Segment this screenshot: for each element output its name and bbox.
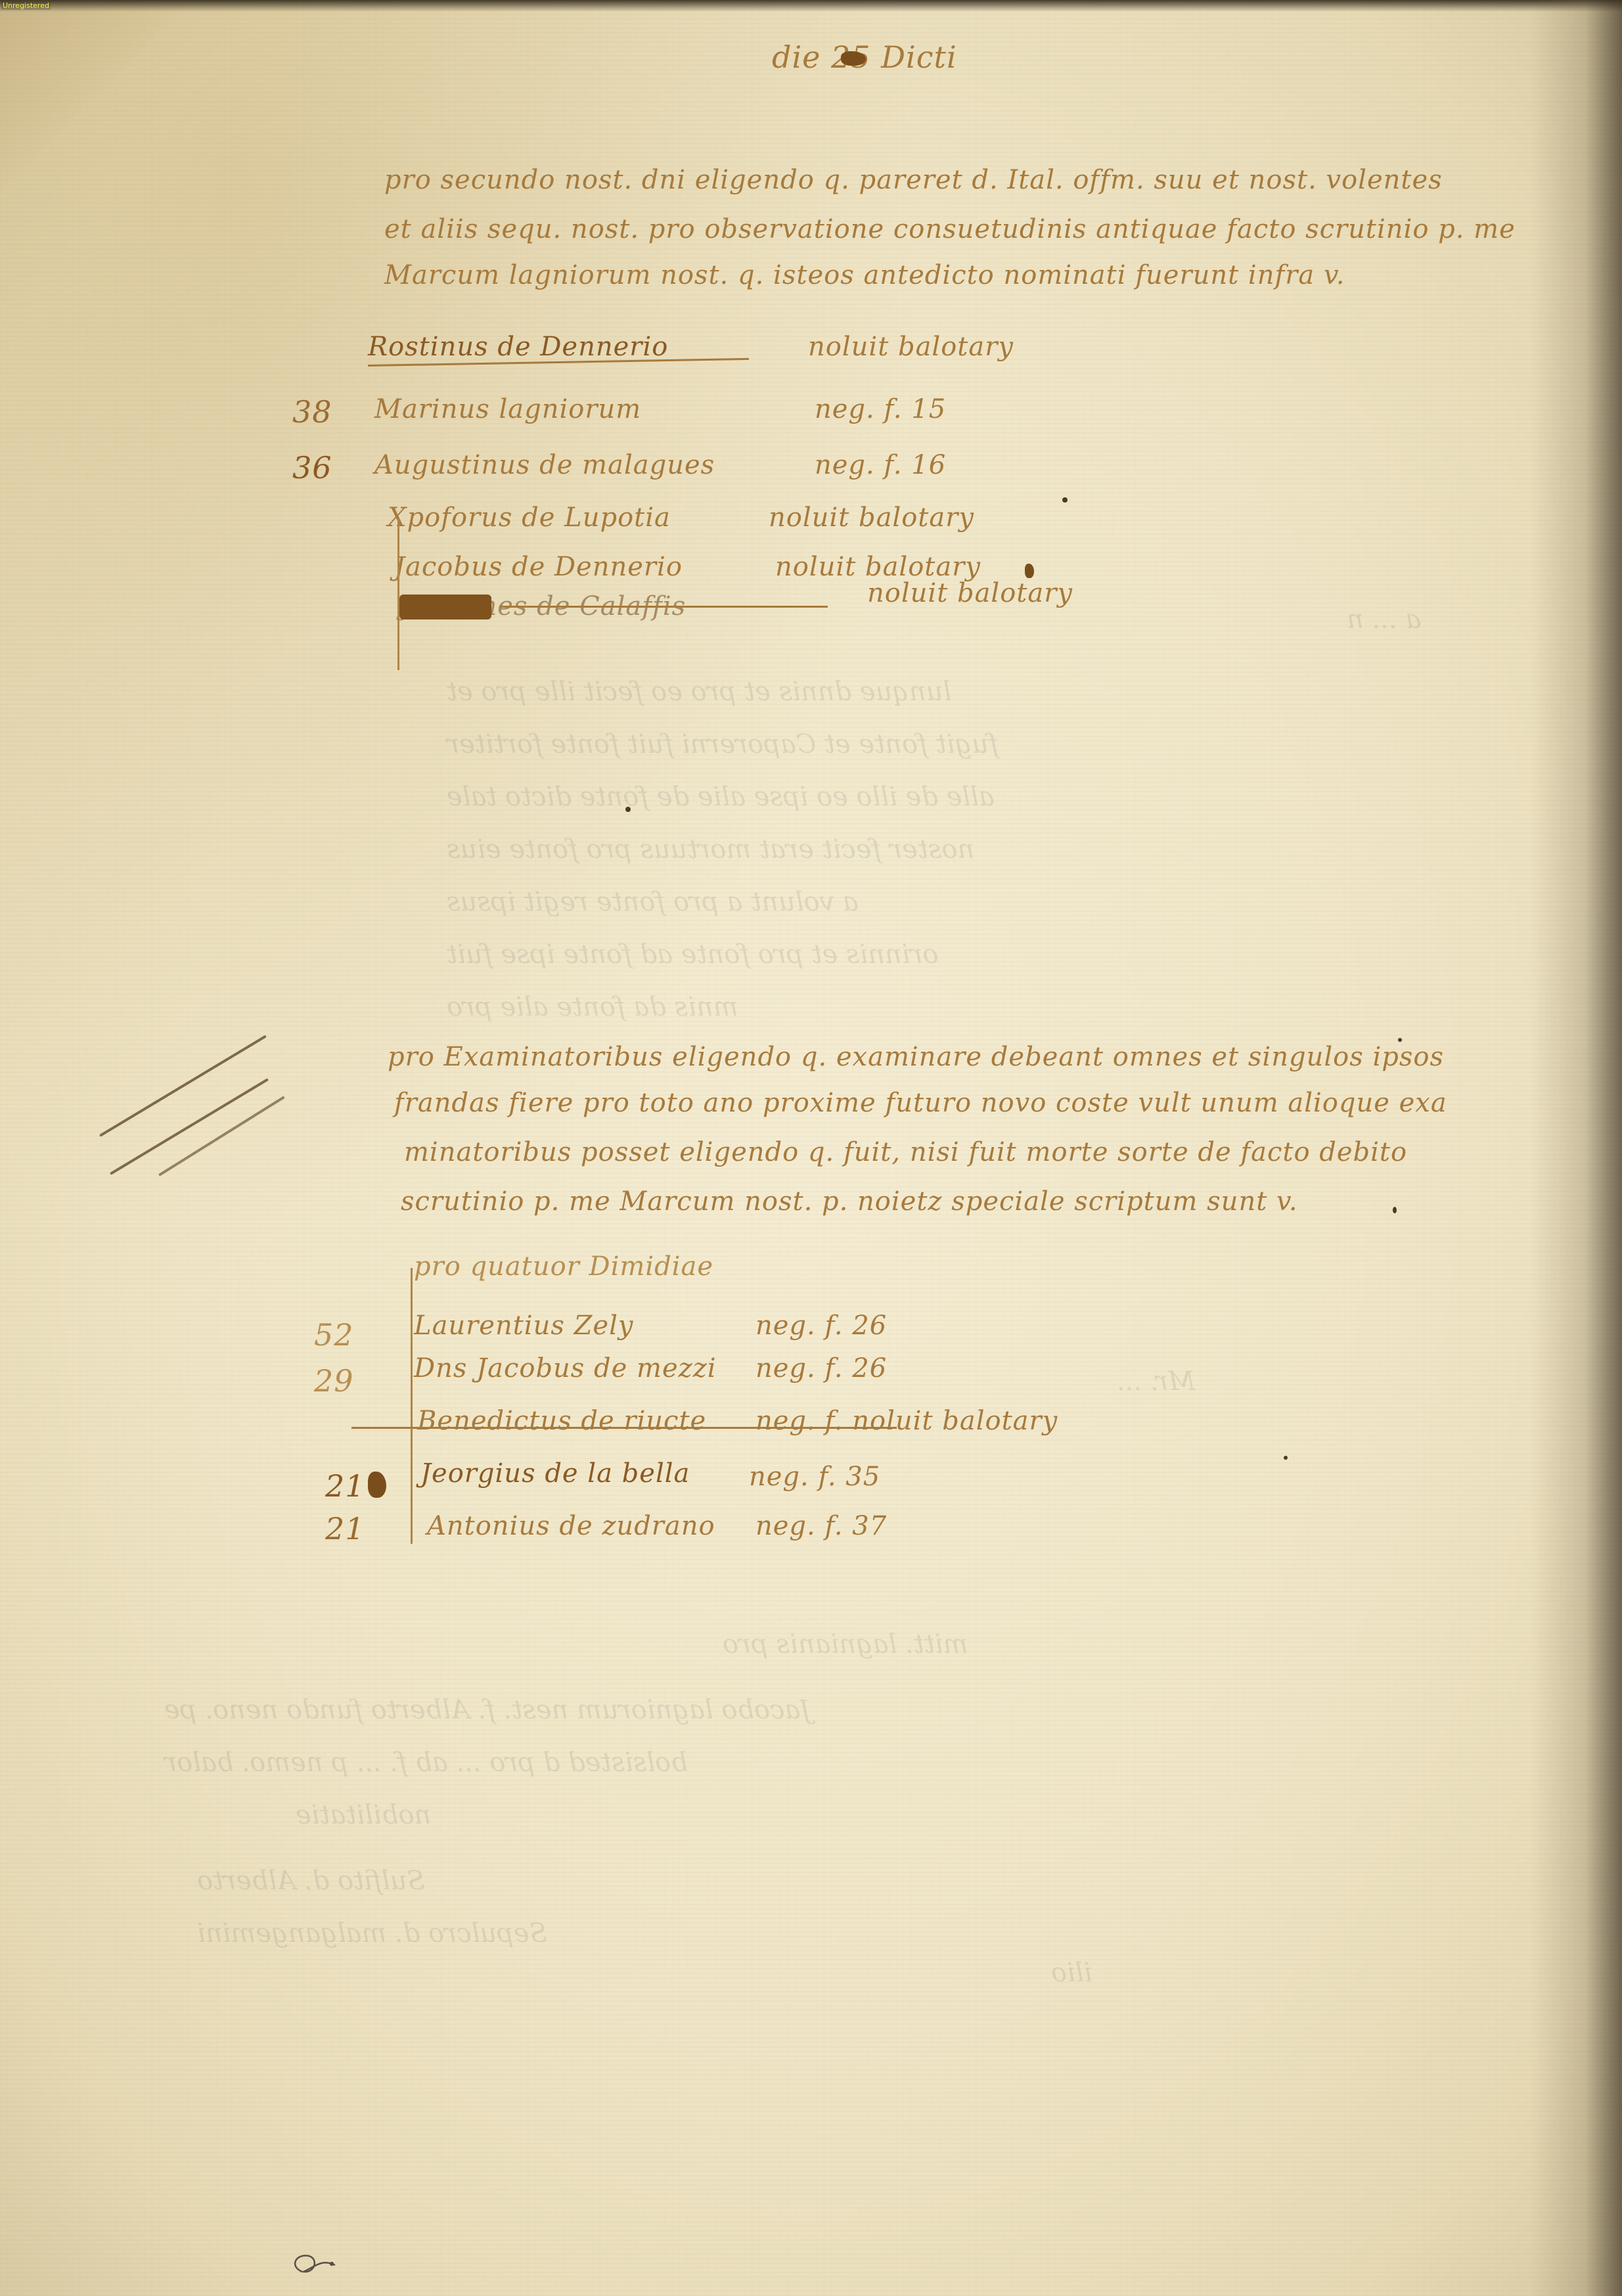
margin-number: 36: [292, 450, 332, 485]
margin-number: 38: [292, 394, 332, 430]
bracket-line: [411, 1268, 413, 1544]
candidate-name: Jeorgius de la bella: [420, 1458, 690, 1489]
candidate-name: Antonius de zudrano: [427, 1511, 715, 1541]
section-2-line-3: minatoribus posset eligendo q. fuit, nis…: [404, 1130, 1407, 1175]
section-1-line-3: Marcum lagniorum nost. q. isteos antedic…: [384, 253, 1345, 298]
candidate-name: Dns Jacobus de mezzi: [414, 1353, 717, 1384]
ballot-result: noluit balotary: [867, 578, 1073, 608]
strike-through-line: [351, 1427, 897, 1429]
ballot-result: neg. f. 16: [815, 450, 946, 480]
ballot-result: neg. f. 37: [755, 1511, 887, 1541]
ballot-result: neg. f. 15: [815, 394, 946, 424]
ink-speck: [1284, 1456, 1288, 1460]
page-binding-shadow: [1530, 0, 1622, 2296]
ink-speck: [1398, 1038, 1402, 1042]
section-2-line-4: scrutinio p. me Marcum nost. p. noietz s…: [401, 1179, 1298, 1224]
manuscript-page: Unregistered a ... n lunque dnnis et pro…: [0, 0, 1622, 2296]
ink-blot: [368, 1472, 386, 1498]
candidate-name: Marinus lagniorum: [374, 394, 641, 424]
pen-stroke-2: [110, 1078, 269, 1175]
section-2-subheading: pro quatuor Dimidiae: [414, 1251, 713, 1282]
ink-blot: [841, 51, 866, 66]
ballot-result: neg. f. noluit balotary: [755, 1406, 1058, 1436]
ballot-result: noluit balotary: [769, 503, 974, 533]
margin-number: 21: [325, 1511, 365, 1546]
ballot-result: neg. f. 26: [755, 1353, 887, 1384]
candidate-name: Rostinus de Dennerio: [368, 332, 668, 362]
strike-through-line: [499, 606, 828, 608]
candidate-name: Jacobus de Dennerio: [394, 552, 683, 582]
candidate-name: Xpoforus de Lupotia: [388, 503, 671, 533]
ink-speck: [1393, 1207, 1397, 1213]
page-top-edge-shadow: [0, 0, 1622, 12]
ballot-result: neg. f. 35: [749, 1462, 880, 1492]
watermark-label: Unregistered: [1, 1, 51, 10]
ballot-result: neg. f. 26: [755, 1311, 887, 1341]
bracket-line: [397, 519, 399, 670]
margin-number: 29: [314, 1363, 354, 1399]
margin-number: 52: [314, 1317, 354, 1353]
candidate-name: Laurentius Zely: [414, 1311, 633, 1341]
ballot-result: noluit balotary: [808, 332, 1014, 362]
section-1-line-1: pro secundo nost. dni eligendo q. parere…: [384, 158, 1443, 202]
candidate-name: Augustinus de malagues: [374, 450, 715, 480]
candidate-name: Benedictus de riucte: [417, 1406, 706, 1436]
ink-speck: [1062, 497, 1068, 503]
bottom-margin-squiggle-icon: [282, 2247, 361, 2286]
ink-speck: [625, 807, 631, 812]
ink-blot-struck-name: [399, 595, 491, 619]
section-2-line-1: pro Examinatoribus eligendo q. examinare…: [388, 1035, 1444, 1079]
margin-number: 21: [325, 1468, 365, 1504]
corner-fold: [0, 0, 210, 210]
section-1-line-2: et aliis sequ. nost. pro observatione co…: [384, 207, 1516, 252]
section-2-line-2: frandas fiere pro toto ano proxime futur…: [394, 1081, 1447, 1125]
ink-blot: [1025, 564, 1034, 578]
